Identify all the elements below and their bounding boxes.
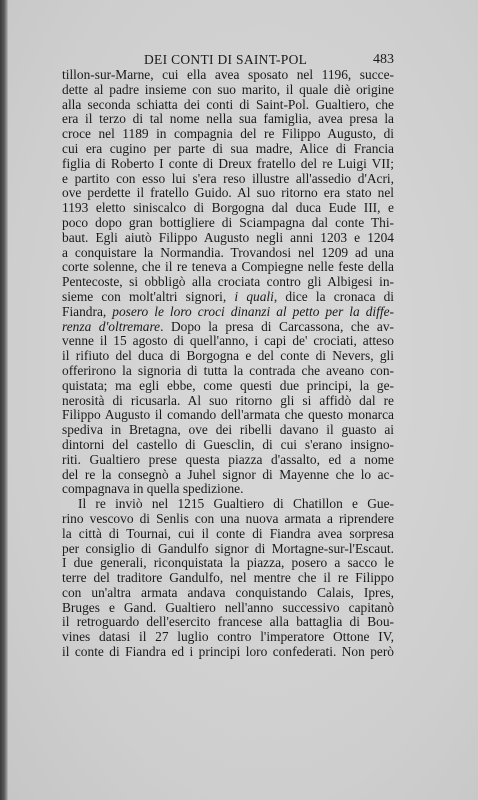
- italic-segment: i quali: [234, 289, 273, 304]
- text-line: terre del traditore Gandulfo, nel mentre…: [62, 571, 394, 586]
- text-line: ove perdette il fratello Guido. Al suo r…: [62, 186, 394, 201]
- text-line: sieme con molt'altri signori, i quali, d…: [62, 290, 394, 305]
- text-line: cui era cugino per parte di sua madre, A…: [62, 142, 394, 157]
- text-line: e partito con esso lui s'era reso illust…: [62, 172, 394, 187]
- book-binding-edge: [0, 0, 8, 800]
- text-line: vines datasi il 27 luglio contro l'imper…: [62, 630, 394, 645]
- text-line: per consiglio di Gandulfo signor di Mort…: [62, 542, 394, 557]
- text-line: baut. Egli aiutò Filippo Augusto negli a…: [62, 231, 394, 246]
- text-line: compagnava in quella spedizione.: [62, 482, 394, 497]
- text-segment: Fiandra,: [62, 304, 112, 319]
- text-line: 1193 eletto siniscalco di Borgogna dal d…: [62, 201, 394, 216]
- text-line: spediva in Bretagna, ove dei ribelli dav…: [62, 423, 394, 438]
- text-line: venne il 15 agosto di quell'anno, i capi…: [62, 334, 394, 349]
- text-line: quistata; ma egli ebbe, come questi due …: [62, 379, 394, 394]
- page-number: 483: [373, 52, 394, 68]
- book-page: DEI CONTI DI SAINT-POL 483 tillon-sur-Ma…: [8, 0, 478, 800]
- text-line: corte solenne, che il re teneva a Compie…: [62, 260, 394, 275]
- text-line: del re la consegnò a Juhel signor di May…: [62, 468, 394, 483]
- text-line: renza d'oltremare. Dopo la presa di Carc…: [62, 320, 394, 335]
- text-line: il retroguardo dell'esercito francese al…: [62, 615, 394, 630]
- text-line: la città di Tournai, cui il conte di Fia…: [62, 527, 394, 542]
- text-line: con un'altra armata andava conquistando …: [62, 586, 394, 601]
- running-title: DEI CONTI DI SAINT-POL: [144, 52, 307, 68]
- text-line: a conquistare la Normandia. Trovandosi n…: [62, 246, 394, 261]
- text-line: Bruges e Gand. Gualtiero nell'anno succe…: [62, 601, 394, 616]
- italic-segment: posero le loro croci dinanzi al petto pe…: [112, 304, 394, 319]
- text-segment: . Dopo la presa di Carcassona, che av-: [160, 319, 394, 334]
- text-segment: , dice la cronaca di: [274, 289, 394, 304]
- text-line: Filippo Augusto il comando dell'armata c…: [62, 408, 394, 423]
- text-line: era il terzo di tal nome nella sua famig…: [62, 112, 394, 127]
- text-line: Pentecoste, si obbligò alla crociata con…: [62, 275, 394, 290]
- text-segment: sieme con molt'altri signori,: [62, 289, 234, 304]
- text-line: alla seconda schiatta dei conti di Saint…: [62, 98, 394, 113]
- text-line: dintorni del castello di Guesclin, di cu…: [62, 438, 394, 453]
- italic-segment: renza d'oltremare: [62, 319, 160, 334]
- text-line: nerosità di ricusarla. Al suo ritorno gl…: [62, 394, 394, 409]
- text-line: il conte di Fiandra ed i principi loro c…: [62, 645, 394, 660]
- text-line: offerirono la signoria di tutta la contr…: [62, 364, 394, 379]
- text-line: poco dopo gran bottigliere di Sciampagna…: [62, 216, 394, 231]
- text-line: croce nel 1189 in compagnia del re Filip…: [62, 127, 394, 142]
- text-line: figlia di Roberto I conte di Dreux frate…: [62, 157, 394, 172]
- text-line: dette al padre insieme con suo marito, i…: [62, 83, 394, 98]
- text-line: I due generali, riconquistata la piazza,…: [62, 556, 394, 571]
- body-text: tillon-sur-Marne, cui ella avea sposato …: [62, 68, 394, 660]
- running-head: DEI CONTI DI SAINT-POL 483: [62, 52, 394, 68]
- text-line: Fiandra, posero le loro croci dinanzi al…: [62, 305, 394, 320]
- text-line: riti. Gualtiero prese questa piazza d'as…: [62, 453, 394, 468]
- text-line: rino vescovo di Senlis con una nuova arm…: [62, 512, 394, 527]
- text-line: tillon-sur-Marne, cui ella avea sposato …: [62, 68, 394, 83]
- text-line: Il re inviò nel 1215 Gualtiero di Chatil…: [62, 497, 394, 512]
- text-line: il rifiuto del duca di Borgogna e del co…: [62, 349, 394, 364]
